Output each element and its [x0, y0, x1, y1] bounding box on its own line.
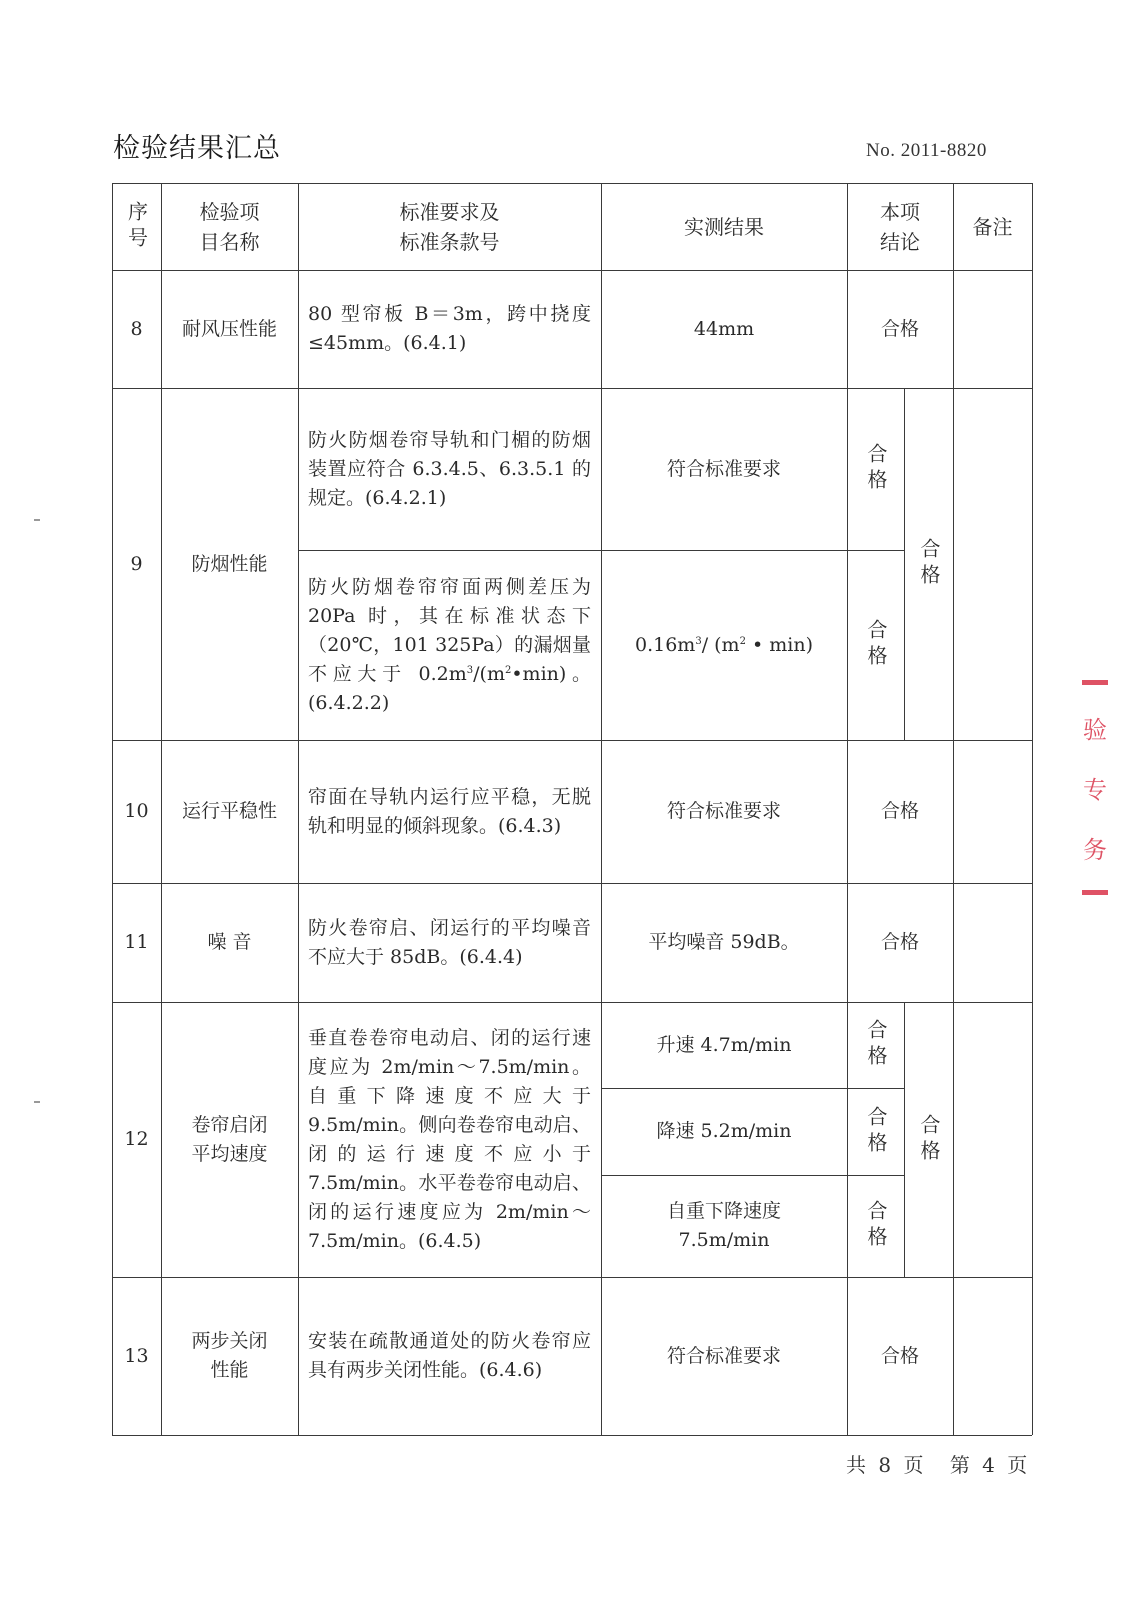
row-item: 噪 音	[161, 883, 298, 1002]
subrow-result: 符合标准要求	[601, 388, 847, 550]
row-item: 运行平稳性	[161, 740, 298, 883]
row-remark	[953, 740, 1032, 883]
header-item: 检验项 目名称	[161, 183, 298, 270]
row-result: 平均噪音 59dB。	[601, 883, 847, 1002]
row-standard: 防火卷帘启、闭运行的平均噪音不应大于 85dB。(6.4.4)	[298, 883, 601, 1002]
row-remark	[953, 883, 1032, 1002]
row-conclusion: 合格	[847, 740, 953, 883]
row-standard: 帘面在导轨内运行应平稳，无脱轨和明显的倾斜现象。(6.4.3)	[298, 740, 601, 883]
row-conclusion: 合格	[904, 1002, 953, 1277]
current-page: 第 4 页	[950, 1453, 1027, 1477]
header-conclusion: 本项 结论	[847, 183, 953, 270]
row-item: 防烟性能	[161, 388, 298, 740]
row-conclusion: 合格	[847, 883, 953, 1002]
row-item: 卷帘启闭 平均速度	[161, 1002, 298, 1277]
total-pages: 共 8 页	[846, 1453, 923, 1477]
stamp-char: 务	[1083, 830, 1107, 865]
scan-speck	[34, 1101, 40, 1103]
row-remark	[953, 388, 1032, 740]
stamp-char: 验	[1083, 710, 1107, 745]
subrow-conclusion: 合格	[847, 1002, 904, 1088]
subrow-conclusion: 合格	[847, 1175, 904, 1277]
row-standard: 垂直卷卷帘电动启、闭的运行速度应为 2m/min～7.5m/min。自重下降速度…	[298, 1002, 601, 1277]
row-result: 符合标准要求	[601, 740, 847, 883]
subrow-conclusion: 合格	[847, 1088, 904, 1175]
subrow-conclusion: 合格	[847, 550, 904, 740]
subrow-result: 降速 5.2m/min	[601, 1088, 847, 1175]
table-border-right	[1032, 183, 1033, 1435]
table-border-bottom	[112, 1435, 1032, 1436]
row-conclusion: 合格	[847, 270, 953, 388]
row-standard: 80 型帘板 B＝3m，跨中挠度≤45mm。(6.4.1)	[298, 270, 601, 388]
row-seq: 13	[112, 1277, 161, 1435]
row-item: 两步关闭 性能	[161, 1277, 298, 1435]
header-standard: 标准要求及 标准条款号	[298, 183, 601, 270]
row-seq: 10	[112, 740, 161, 883]
subrow-standard: 防火防烟卷帘导轨和门楣的防烟装置应符合 6.3.4.5、6.3.5.1 的规定。…	[298, 388, 601, 550]
row-seq: 11	[112, 883, 161, 1002]
subrow-result: 自重下降速度 7.5m/min	[601, 1175, 847, 1277]
seal-stamp-icon: 验 专 务	[1078, 680, 1112, 895]
header-result: 实测结果	[601, 183, 847, 270]
row-remark	[953, 1002, 1032, 1277]
scan-speck	[34, 519, 40, 521]
page-indicator: 共 8 页 第 4 页	[846, 1449, 1041, 1478]
row-seq: 8	[112, 270, 161, 388]
row-remark	[953, 270, 1032, 388]
row-seq: 9	[112, 388, 161, 740]
stamp-char: 专	[1083, 770, 1107, 805]
row-conclusion: 合格	[847, 1277, 953, 1435]
header-seq: 序号	[112, 183, 161, 270]
subrow-result: 升速 4.7m/min	[601, 1002, 847, 1088]
row-conclusion: 合格	[904, 388, 953, 740]
stamp-bar	[1082, 680, 1108, 685]
row-seq: 12	[112, 1002, 161, 1277]
header-remark: 备注	[953, 183, 1032, 270]
row-remark	[953, 1277, 1032, 1435]
page-title: 检验结果汇总	[113, 126, 281, 165]
row-result: 符合标准要求	[601, 1277, 847, 1435]
subrow-standard: 防火防烟卷帘帘面两侧差压为 20Pa 时，其在标准状态下（20℃，101 325…	[298, 550, 601, 740]
row-item: 耐风压性能	[161, 270, 298, 388]
row-standard: 安装在疏散通道处的防火卷帘应具有两步关闭性能。(6.4.6)	[298, 1277, 601, 1435]
document-number: No. 2011-8820	[866, 140, 987, 162]
row-result: 44mm	[601, 270, 847, 388]
subrow-result: 0.16m3/ (m2 • min)	[601, 550, 847, 740]
stamp-bar	[1082, 890, 1108, 895]
subrow-conclusion: 合格	[847, 388, 904, 550]
